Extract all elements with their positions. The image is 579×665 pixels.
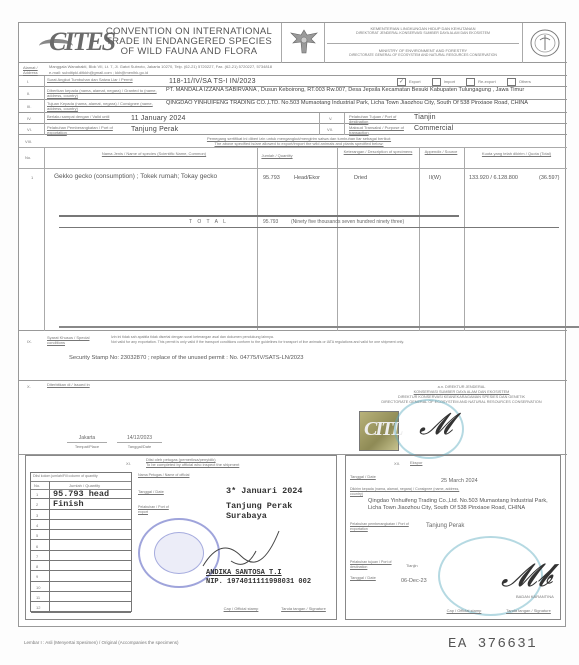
quantity-grid-row: 4	[31, 520, 131, 530]
valid-until-label: Berlaku sampai dengan / Valid until	[47, 114, 122, 119]
issued-label: Diterbitkan di / Issued in	[47, 382, 117, 387]
cell-quota-extra: (36.597)	[539, 175, 560, 181]
row-number: X.	[27, 384, 31, 389]
permit-header: CITES CONVENTION ON INTERNATIONAL TRADE …	[19, 23, 567, 63]
export-date2-value: 06-Dec-23	[401, 578, 427, 584]
cell-species: Gekko gecko (consumption) ; Tokek rumah;…	[54, 173, 249, 181]
directorate-name-id: DIREKTORAT JENDERAL KONSERVASI SUMBER DA…	[327, 31, 519, 36]
consignee-label: Tujuan Kepada (nama, alamat, negara) / C…	[47, 101, 157, 111]
row-number: VIII.	[25, 139, 32, 144]
col-no: No.	[34, 483, 40, 488]
endorsement-signature-icon: 𝓜𝓫	[501, 556, 553, 595]
cites-permit-document: CITES CONVENTION ON INTERNATIONAL TRADE …	[18, 22, 566, 627]
port-line-1: Tanjung Perak	[226, 501, 292, 511]
specimens-intro-en: The above specified is/are allowed to ex…	[79, 141, 519, 146]
total-words: (Ninety five thousands seven hundred nin…	[291, 219, 404, 225]
row-number: I.	[27, 79, 29, 84]
grid-row-quantity: Finish	[53, 499, 84, 509]
permit-number-label: Surat Angkut Tumbuhan dan Satwa Liar / P…	[47, 77, 142, 82]
garuda-emblem-icon	[287, 27, 321, 57]
export-signature-label: Tanda tangan / Signature	[506, 608, 551, 613]
cell-quota: 133.920 / 6.128.800	[469, 175, 518, 181]
address-row: Alamat / Address Manggala Wanabakti, Blo…	[19, 63, 567, 76]
inspection-date-label: Tanggal / Date	[138, 489, 168, 494]
cell-quantity: 95.793	[263, 175, 280, 181]
export-endorsement-label: Ekspor	[410, 460, 422, 465]
address-label: Alamat / Address	[23, 65, 45, 75]
sheet-note: Lembar I : Asli (Menyertai Spesimen) / O…	[24, 640, 179, 645]
option-label: Export	[409, 79, 421, 84]
quantity-grid-row: 3	[31, 510, 131, 520]
issuing-authority: a.n. DIREKTUR JENDERAL KONSERVASI SUMBER…	[359, 385, 564, 405]
others-checkbox[interactable]	[507, 78, 516, 86]
signature-mark-icon: 𝓜	[419, 407, 453, 442]
cell-appendix: II(W)	[429, 175, 441, 181]
port-line-2: Surabaya	[226, 511, 292, 521]
col-header-quantity: Jumlah / Quantity	[259, 153, 295, 158]
row-number: IX.	[27, 339, 32, 344]
export-date2-label: Tanggal / Date	[350, 575, 380, 580]
port-export-value: Tanjung Perak	[131, 126, 178, 134]
row-number: III.	[27, 104, 31, 109]
convention-title-line-3: OF WILD FAUNA AND FLORA	[99, 47, 279, 57]
inspection-date-value: 3* Januari 2024	[226, 486, 303, 496]
quantity-grid-row: 11	[31, 592, 131, 602]
col-header-species: Nama Jenis / Name of species (Scientific…	[79, 151, 229, 156]
grid-row-number: 12	[36, 605, 40, 610]
export-dest-label: Pelabuhan tujuan / Port of destination	[350, 560, 400, 570]
reexport-checkbox[interactable]	[466, 78, 475, 86]
issued-place: Jakarta	[67, 435, 107, 441]
security-stamp-text: Security Stamp No: 23032870 ; replace of…	[69, 355, 303, 361]
special-conditions-text-en: Not valid for any exportation. This perm…	[111, 340, 561, 345]
grid-row-number: 3	[36, 513, 38, 518]
place-label: Tempat/Place	[67, 444, 107, 449]
grid-row-number: 10	[36, 585, 40, 590]
email-text: e-mail: subditpkl.ditkkh@gmail.com ; kkh…	[49, 70, 349, 75]
inspector-name: ANDIKA SANTOSA T.I	[206, 569, 282, 577]
exporter-value: PT. MANDALA IZZANA SABIRVANA , Dusun Keb…	[166, 87, 561, 94]
port-destination-label: Pelabuhan Tujuan / Port of destination	[349, 114, 409, 124]
grid-row-number: 5	[36, 533, 38, 538]
date-label: Tanggal/Date	[117, 444, 162, 449]
quantity-grid-header: Diisi kolom jumlah/Fill column of quanti…	[33, 474, 131, 479]
permit-type-options: ✓Export Import Re-export Others	[397, 78, 531, 86]
row-number: VI.	[27, 127, 32, 132]
col-header-no: No.	[25, 155, 31, 160]
row-number: II.	[27, 91, 30, 96]
export-stamp-label: Cap / Official stamp	[444, 608, 484, 613]
quantity-grid-row: 12	[31, 602, 131, 612]
issued-date: 14/12/2023	[117, 435, 162, 441]
export-port-label: Pelabuhan pemberangkatan / Port of expor…	[350, 522, 410, 532]
row-number: IV.	[27, 116, 32, 121]
address-text: Manggala Wanabakti, Blok VII, Lt. 7, Jl.…	[49, 64, 559, 69]
convention-title: CONVENTION ON INTERNATIONAL TRADE IN END…	[99, 27, 279, 57]
quantity-grid-row: 8	[31, 561, 131, 571]
option-reexport[interactable]: Re-export	[466, 79, 496, 84]
valid-until-value: 11 January 2024	[131, 115, 186, 123]
agency-label: BADAN KARANTINA	[516, 594, 554, 599]
inspection-port-label: Pelabuhan / Port of export	[138, 505, 178, 515]
option-export[interactable]: ✓Export	[397, 79, 421, 84]
option-import[interactable]: Import	[432, 79, 455, 84]
import-checkbox[interactable]	[432, 78, 441, 86]
row-number: VII.	[327, 127, 333, 132]
grid-row-number: 4	[36, 523, 38, 528]
row-number: V.	[329, 116, 332, 121]
consignee-row: III. Tujuan Kepada (nama, alamat, negara…	[19, 100, 567, 113]
inspection-port-value: Tanjung Perak Surabaya	[226, 501, 292, 521]
grid-row-number: 8	[36, 564, 38, 569]
specimens-section: VIII. Pemegang sertifikat ini diberi izi…	[19, 135, 567, 331]
validity-row: IV. Berlaku sampai dengan / Valid until …	[19, 113, 567, 124]
export-checkbox[interactable]: ✓	[397, 78, 406, 86]
col-header-description: Keterangan / Description of specimens	[339, 149, 417, 154]
permit-number-value: 118-11/IV/SA TS-I IN/2023	[169, 78, 256, 86]
issuance-section: X. Diterbitkan di / Issued in Jakarta Te…	[19, 381, 567, 455]
port-export-label: Pelabuhan Pemberangkatan / Port of expor…	[47, 125, 122, 135]
cell-no: 1	[31, 175, 33, 180]
option-label: Re-export	[478, 79, 496, 84]
col-header-appendix: Appendix / Source	[421, 149, 461, 154]
exporter-label: Diberikan kepada (nama, alamat, negara) …	[47, 88, 157, 98]
option-label: Others	[519, 79, 531, 84]
row-number: XI.	[126, 461, 131, 466]
inspection-stamp-label: Cap / Official stamp	[221, 606, 261, 611]
quantity-grid-row: 5	[31, 530, 131, 540]
consignee-value: QINGDAO YINHUIFENG TRADING CO.,LTD. No.5…	[166, 100, 561, 107]
quantity-grid-row: 7	[31, 551, 131, 561]
export-consignee-value: Qingdao Yinhuifeng Trading Co.,Ltd. No.5…	[368, 498, 558, 512]
cites-hologram-icon: CITL	[359, 411, 399, 451]
cell-unit: Head/Ekor	[294, 175, 320, 181]
inspection-signature-label: Tanda tangan / Signature	[281, 606, 326, 611]
purpose-value: Commercial	[414, 125, 453, 133]
option-label: Import	[444, 79, 455, 84]
cites-logo: CITES	[39, 27, 101, 59]
quantity-grid: Diisi kolom jumlah/Fill column of quanti…	[30, 472, 132, 612]
export-port-value: Tanjung Perak	[426, 523, 464, 529]
directorate-name-en: DIRECTORATE GENERAL OF ECOSYSTEM AND NAT…	[327, 53, 519, 58]
export-date-value: 25 March 2024	[441, 478, 478, 484]
quantity-grid-row: 9	[31, 571, 131, 581]
col-quantity: Jumlah / Quantity	[69, 483, 100, 488]
port-destination-value: Tianjin	[414, 114, 436, 122]
grid-row-quantity: 95.793 head	[53, 489, 109, 499]
inspection-label-en: To be completed by official who inspect …	[146, 462, 281, 467]
col-header-quota: Kuota yang telah dikirim / Quota (Total)	[469, 151, 564, 156]
export-date-label: Tanggal / Date	[350, 474, 376, 479]
export-dest-value: Tianjin	[406, 563, 418, 568]
quantity-grid-row: 2Finish	[31, 499, 131, 509]
ministry-header: KEMENTERIAN LINGKUNGAN HIDUP DAN KEHUTAN…	[327, 26, 519, 58]
quantity-grid-row: 195.793 head	[31, 489, 131, 499]
ministry-seal-icon	[529, 28, 561, 58]
port-purpose-row: VI. Pelabuhan Pemberangkatan / Port of e…	[19, 124, 567, 135]
purpose-label: Maksud Transaksi / Purpose of transactio…	[349, 125, 409, 135]
export-consignee-label: Dikirim kepada (nama, alamat, negara) / …	[350, 487, 470, 497]
option-others[interactable]: Others	[507, 79, 531, 84]
grid-row-number: 7	[36, 554, 38, 559]
grid-row-number: 9	[36, 574, 38, 579]
officer-label: Nama Petugas / Name of official	[138, 473, 208, 478]
inspector-nip: NIP. 1974011111998031 002	[206, 578, 311, 586]
cell-description: Dried	[354, 175, 367, 181]
authority-line-4: DIRECTORATE GENERAL OF ECOSYSTEM AND NAT…	[359, 400, 564, 405]
special-conditions-label: Syarat Khusus / Special conditions	[47, 335, 107, 345]
inspection-section: XI. Diisi oleh petugas (pemeriksa/penyid…	[25, 455, 337, 620]
quantity-grid-row: 10	[31, 582, 131, 592]
export-endorsement-section: XII. Ekspor Tanggal / Date 25 March 2024…	[345, 455, 561, 620]
grid-row-number: 6	[36, 544, 38, 549]
grid-row-number: 1	[36, 492, 38, 497]
grid-row-number: 2	[36, 502, 38, 507]
quantity-grid-row: 6	[31, 541, 131, 551]
permit-number-row: I. Surat Angkut Tumbuhan dan Satwa Liar …	[19, 76, 567, 87]
serial-number: EA 376631	[448, 636, 537, 652]
row-number: XII.	[394, 461, 400, 466]
total-label: T O T A L	[189, 219, 228, 225]
grid-row-number: 11	[36, 595, 40, 600]
total-value: 95.793	[263, 219, 278, 225]
special-conditions-section: IX. Syarat Khusus / Special conditions I…	[19, 331, 567, 381]
exporter-row: II. Diberikan kepada (nama, alamat, nega…	[19, 87, 567, 100]
